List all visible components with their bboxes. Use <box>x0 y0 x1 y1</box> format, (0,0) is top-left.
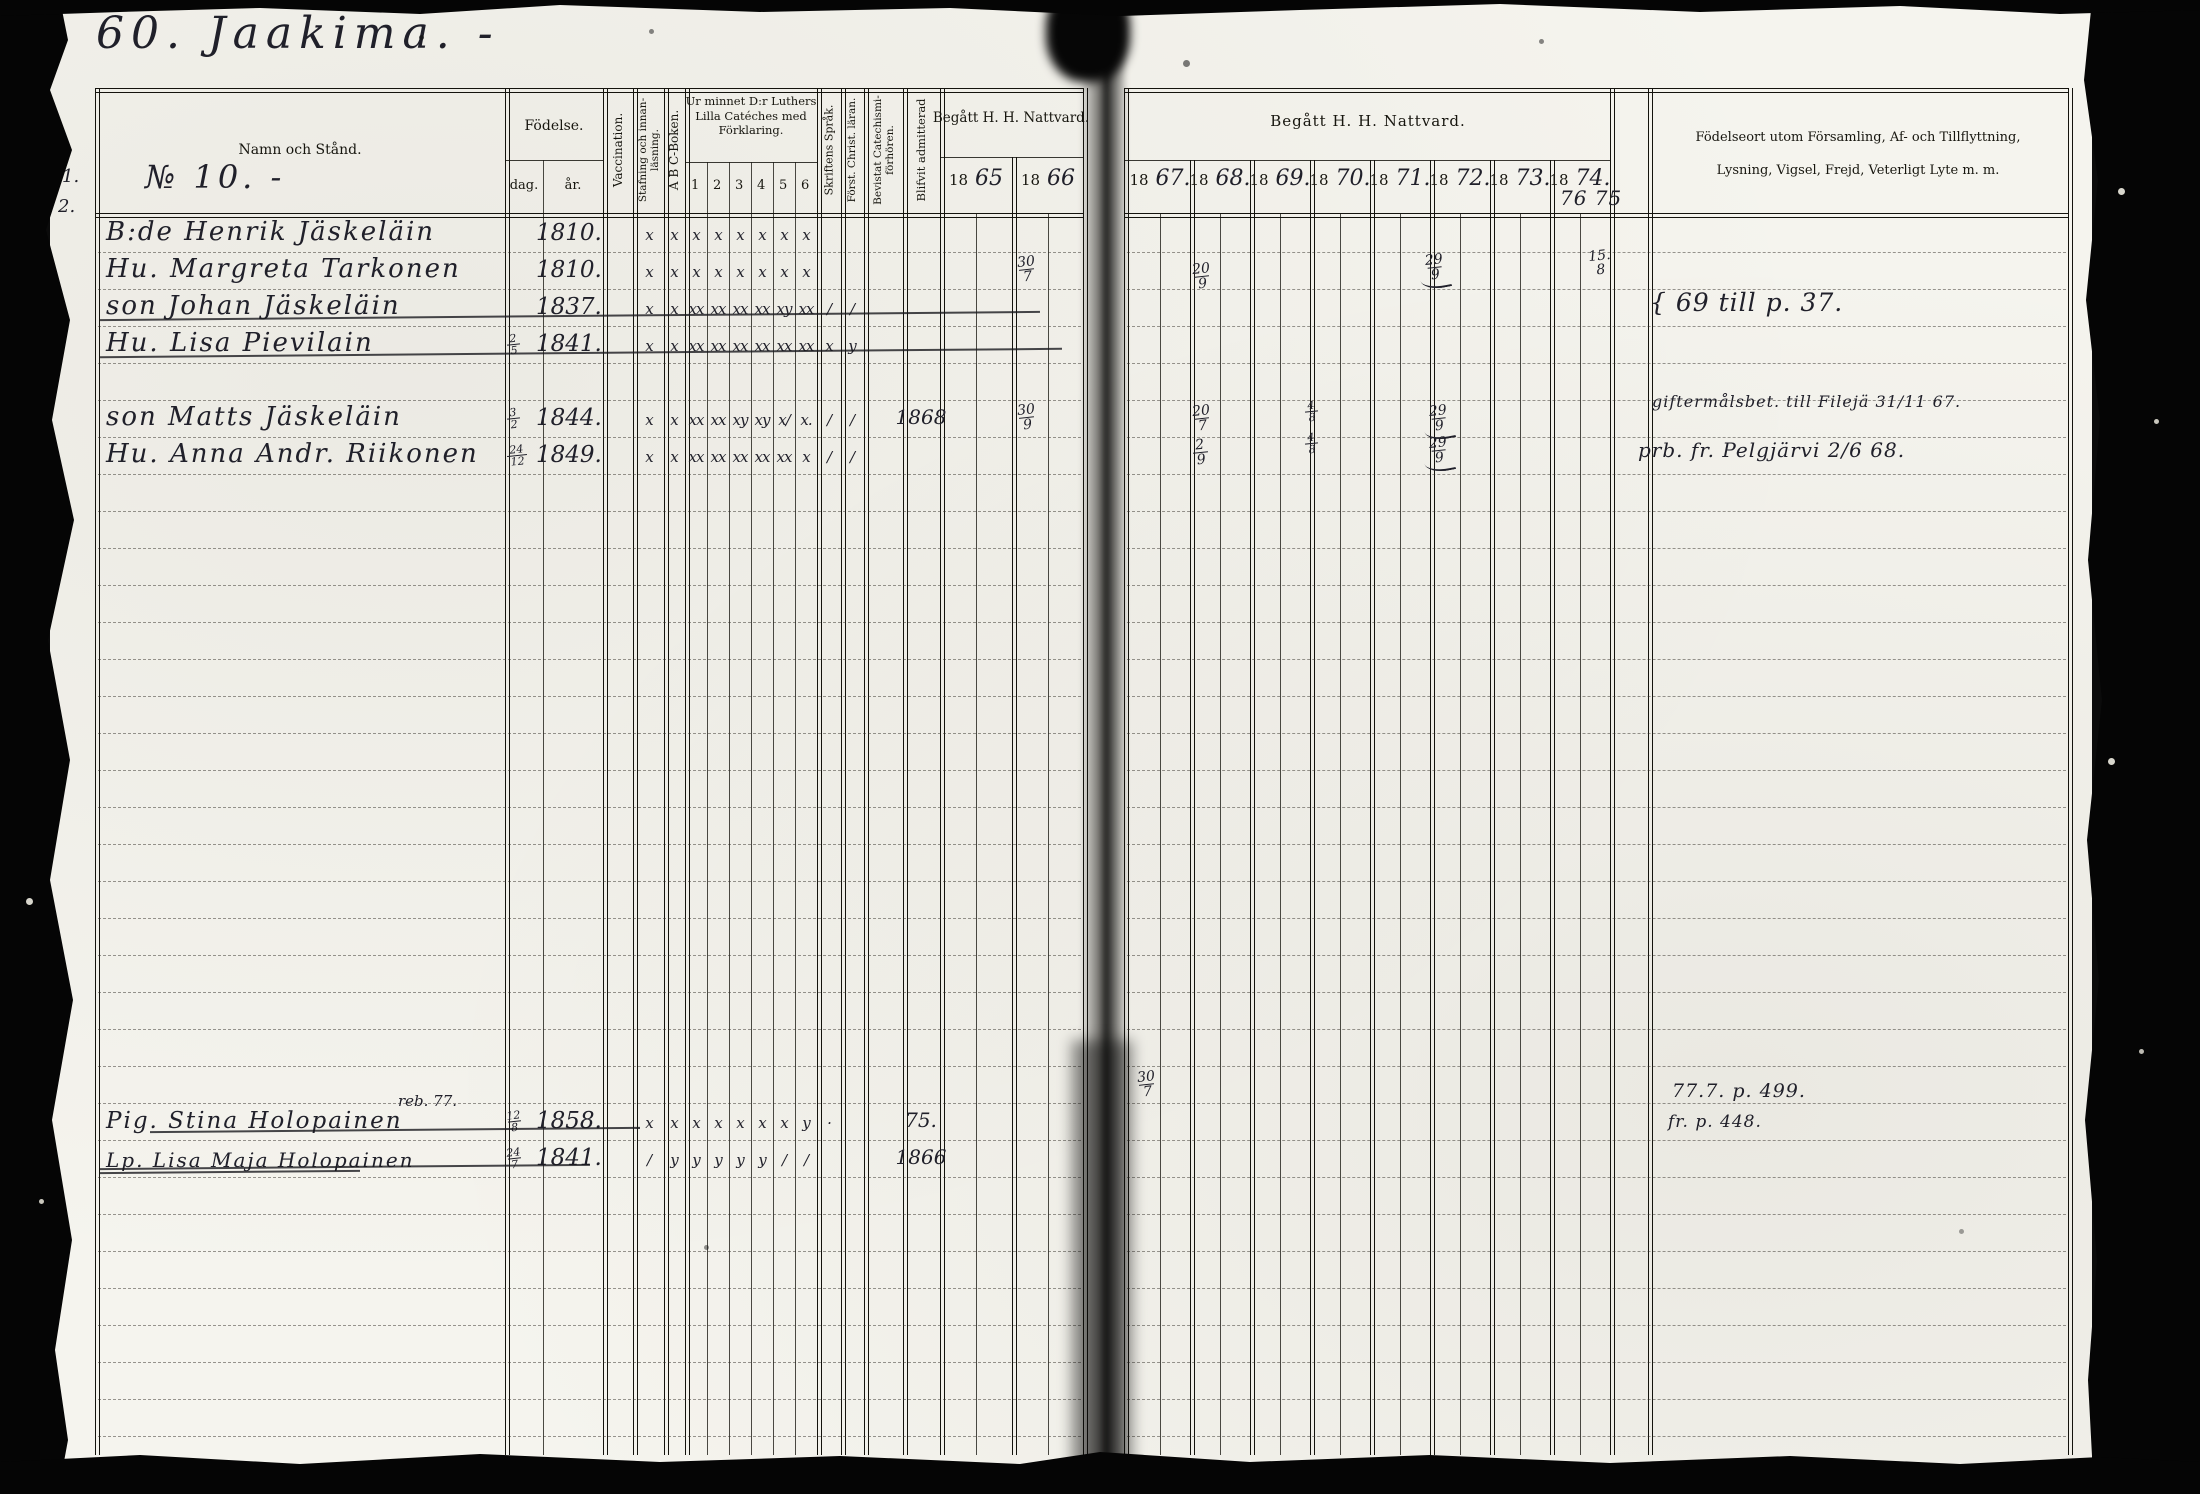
mark-x: / <box>840 448 864 466</box>
ruled-line <box>1127 1325 2066 1326</box>
admitted-year: 75. <box>891 1108 951 1132</box>
communion-date-fraction: 299 <box>1422 435 1456 474</box>
year-label: 18 65 <box>944 166 1008 191</box>
ruled-line <box>1127 733 2066 734</box>
ruled-line <box>1127 437 2066 438</box>
year-label: 18 72. <box>1428 166 1492 191</box>
note-entry: 77.7. p. 499. <box>1672 1080 1806 1102</box>
mark-x: x <box>772 226 796 244</box>
ruled-line <box>98 622 1081 623</box>
note-entry: fr. p. 448. <box>1668 1112 1762 1132</box>
ruled-line <box>98 1325 1081 1326</box>
communion-date-fraction: 209 <box>1192 261 1213 292</box>
name-entry: Hu. Anna Andr. Riikonen <box>106 439 479 469</box>
year-label: 18 66 <box>1016 166 1080 191</box>
year-digits-handwritten: 73. <box>1509 166 1551 191</box>
table-rule-vertical <box>505 88 510 1455</box>
mark-x: x/ <box>772 411 796 429</box>
ruled-line <box>98 881 1081 882</box>
table-rule-vertical <box>903 88 908 1455</box>
mark-x: xx <box>794 337 818 355</box>
table-rule-horizontal <box>1124 213 2068 218</box>
communion-date-fraction: 307 <box>1137 1069 1158 1100</box>
table-rule-vertical <box>2068 88 2073 1455</box>
communion-date-fraction: 29 <box>1192 437 1210 467</box>
ruled-line <box>1127 1214 2066 1215</box>
mark-x: x <box>662 1114 686 1132</box>
ruled-line <box>98 363 1081 364</box>
year-label: 18 67. <box>1128 166 1192 191</box>
mark-x: xx <box>750 448 774 466</box>
mark-x: / <box>637 1151 661 1169</box>
birth-year: 1810. <box>536 220 602 246</box>
ruled-line <box>1127 511 2066 512</box>
year-prefix-printed: 18 <box>1369 171 1388 189</box>
table-rule-vertical <box>664 88 669 1455</box>
ruled-line <box>1127 289 2066 290</box>
ruled-line <box>98 326 1081 327</box>
mark-x: y <box>662 1151 686 1169</box>
communion-date-fraction: 307 <box>1017 254 1038 285</box>
ruled-line <box>1127 1251 2066 1252</box>
ruled-line <box>1127 1029 2066 1030</box>
mark-x: x <box>662 411 686 429</box>
communion-date-fraction: 247 <box>506 1146 522 1170</box>
year-label: 18 71. <box>1368 166 1432 191</box>
mark-x: / <box>772 1151 796 1169</box>
mark-x: x <box>662 226 686 244</box>
mark-x: x <box>794 448 818 466</box>
ruled-line <box>1127 1362 2066 1363</box>
row-sidenote: reb. 77. <box>398 1092 457 1110</box>
ruled-line <box>1127 918 2066 919</box>
mark-x: x <box>684 263 708 281</box>
mark-x: x <box>728 226 752 244</box>
table-rule-vertical <box>685 88 690 1455</box>
note-entry: { 69 till p. 37. <box>1650 288 1843 317</box>
ruled-line <box>98 1288 1081 1289</box>
ruled-line <box>98 992 1081 993</box>
mark-x: / <box>840 300 864 318</box>
name-entry: son Matts Jäskeläin <box>106 402 402 432</box>
communion-date-fraction: 15.8 <box>1588 248 1613 278</box>
table-rule-vertical <box>841 88 846 1455</box>
ruled-line <box>98 844 1081 845</box>
year-digits-handwritten: 72. <box>1449 166 1491 191</box>
ruled-line <box>98 437 1081 438</box>
communion-date-fraction: 207 <box>1192 403 1213 434</box>
year-prefix-printed: 18 <box>949 171 968 189</box>
mark-x: y <box>706 1151 730 1169</box>
ruled-line <box>1127 585 2066 586</box>
year-prefix-printed: 18 <box>1021 171 1040 189</box>
ruled-line <box>1127 807 2066 808</box>
mark-x: xx <box>728 448 752 466</box>
communion-date-fraction: 2412 <box>506 443 528 468</box>
ruled-line <box>98 252 1081 253</box>
ruled-line <box>98 1177 1081 1178</box>
year-prefix-printed: 18 <box>1309 171 1328 189</box>
mark-x: x <box>706 1114 730 1132</box>
table-rule-vertical <box>864 88 869 1455</box>
mark-x: x <box>750 226 774 244</box>
year-prefix-printed: 18 <box>1429 171 1448 189</box>
mark-x: x <box>637 448 661 466</box>
note-entry: giftermålsbet. till Filejä 31/11 67. <box>1652 392 1961 411</box>
year-digits-handwritten: 68. <box>1209 166 1251 191</box>
ruled-line <box>98 1029 1081 1030</box>
mark-x: y <box>840 337 864 355</box>
ruled-line <box>1127 1177 2066 1178</box>
mark-x: / <box>817 300 841 318</box>
mark-x: x <box>662 263 686 281</box>
margin-number: 2. <box>58 196 75 217</box>
mark-x: x <box>706 263 730 281</box>
year-label: 18 69. <box>1248 166 1312 191</box>
ruled-line <box>1127 1288 2066 1289</box>
mark-x: x <box>637 1114 661 1132</box>
year-label: 18 68. <box>1188 166 1252 191</box>
year-label: 18 70. <box>1308 166 1372 191</box>
table-rule-vertical <box>633 88 638 1455</box>
ruled-line <box>98 1362 1081 1363</box>
mark-x: x <box>750 1114 774 1132</box>
admitted-year: 1866 <box>891 1145 951 1169</box>
year-digits-handwritten: 67. <box>1149 166 1191 191</box>
mark-x: xy <box>728 411 752 429</box>
mark-x: x <box>750 263 774 281</box>
mark-x: x <box>794 226 818 244</box>
ruled-line <box>1127 696 2066 697</box>
communion-date-fraction: 48 <box>1304 399 1319 423</box>
birth-year: 1849. <box>536 442 602 468</box>
mark-x: y <box>750 1151 774 1169</box>
note-entry: 76 75 <box>1560 186 1622 210</box>
mark-x: / <box>794 1151 818 1169</box>
mark-x: y <box>728 1151 752 1169</box>
admitted-year: 1868 <box>891 405 951 429</box>
mark-x: / <box>840 411 864 429</box>
ruled-line <box>1127 1399 2066 1400</box>
mark-x: y <box>684 1151 708 1169</box>
ruled-line <box>1127 955 2066 956</box>
ruled-line <box>98 733 1081 734</box>
year-digits-handwritten: 70. <box>1329 166 1371 191</box>
mark-x: x <box>817 337 841 355</box>
mark-x: xx <box>684 411 708 429</box>
ruled-line <box>98 585 1081 586</box>
ruled-line <box>1127 1140 2066 1141</box>
ruled-line <box>1127 1066 2066 1067</box>
mark-x: x <box>728 263 752 281</box>
catechesis-number: 4 <box>757 178 765 193</box>
table-rule-vertical <box>817 88 822 1455</box>
mark-x: xx <box>684 448 708 466</box>
year-label: 18 73. <box>1488 166 1552 191</box>
ruled-line <box>98 1251 1081 1252</box>
table-rule-vertical <box>795 162 796 1455</box>
year-prefix-printed: 18 <box>1189 171 1208 189</box>
mark-x: x <box>706 226 730 244</box>
year-digits-handwritten: 65 <box>968 166 1003 191</box>
communion-date-fraction: 309 <box>1017 402 1038 433</box>
catechesis-number: 1 <box>691 178 699 193</box>
ruled-line <box>98 770 1081 771</box>
mark-x: x <box>684 1114 708 1132</box>
ruled-line <box>98 511 1081 512</box>
table-rule-vertical <box>1012 157 1017 1455</box>
book-spine-bottom-shadow <box>1072 1040 1132 1470</box>
ruled-line <box>98 1140 1081 1141</box>
mark-x: / <box>817 448 841 466</box>
ruled-line <box>1127 770 2066 771</box>
table-rule-vertical <box>729 162 730 1455</box>
catechesis-number: 3 <box>735 178 743 193</box>
ruled-line <box>98 807 1081 808</box>
ruled-line <box>98 1399 1081 1400</box>
ruled-line <box>1127 881 2066 882</box>
mark-x: x <box>794 263 818 281</box>
mark-x: xx <box>706 448 730 466</box>
table-rule-vertical <box>95 88 100 1455</box>
ruled-line <box>1127 844 2066 845</box>
scan-right-edge <box>2082 0 2200 1494</box>
ruled-line <box>98 548 1081 549</box>
ruled-line <box>98 1214 1081 1215</box>
mark-x: x. <box>794 411 818 429</box>
ruled-line <box>98 918 1081 919</box>
ruled-line <box>98 659 1081 660</box>
table-rule-vertical <box>603 88 608 1455</box>
name-entry: Hu. Margreta Tarkonen <box>106 254 461 284</box>
catechesis-number: 2 <box>713 178 721 193</box>
ruled-line <box>98 1436 1081 1437</box>
communion-date-fraction: 128 <box>506 1109 522 1133</box>
mark-x: xx <box>794 300 818 318</box>
communion-date-fraction: 48 <box>1304 431 1319 455</box>
ruled-line <box>98 289 1081 290</box>
mark-x: x <box>662 448 686 466</box>
communion-date-fraction: 32 <box>506 406 521 430</box>
year-prefix-printed: 18 <box>1489 171 1508 189</box>
mark-x: / <box>817 411 841 429</box>
ruled-line <box>1127 474 2066 475</box>
mark-x: xy <box>772 300 796 318</box>
ruled-line <box>1127 1103 2066 1104</box>
ruled-line <box>98 955 1081 956</box>
ruled-line <box>98 474 1081 475</box>
name-entry: B:de Henrik Jäskeläin <box>106 217 435 247</box>
ruled-line <box>98 1103 1081 1104</box>
table-rule-vertical <box>707 162 708 1455</box>
ruled-line <box>1127 1436 2066 1437</box>
ruled-line <box>98 1066 1081 1067</box>
mark-x: xx <box>706 411 730 429</box>
mark-x: xx <box>772 448 796 466</box>
mark-x: x <box>637 226 661 244</box>
church-record-book-scan: 60. Jaakima. - Namn och Stånd. № 10. - F… <box>0 0 2200 1494</box>
table-rule-vertical <box>751 162 752 1455</box>
mark-x: · <box>817 1114 841 1132</box>
mark-x: x <box>684 226 708 244</box>
ruled-line <box>98 696 1081 697</box>
ruled-line <box>1127 548 2066 549</box>
communion-date-fraction: 299 <box>1418 252 1452 291</box>
mark-x: x <box>772 263 796 281</box>
birth-year: 1841. <box>536 1145 602 1171</box>
birth-year: 1858. <box>536 1108 602 1134</box>
table-rule-horizontal <box>505 160 603 161</box>
year-prefix-printed: 18 <box>1129 171 1148 189</box>
table-rule-horizontal <box>1124 160 1610 161</box>
ruled-line <box>1127 363 2066 364</box>
mark-x: x <box>637 263 661 281</box>
year-prefix-printed: 18 <box>1249 171 1268 189</box>
mark-x: y <box>794 1114 818 1132</box>
ruled-line <box>1127 622 2066 623</box>
catechesis-number: 5 <box>779 178 787 193</box>
catechesis-number: 6 <box>801 178 809 193</box>
note-entry: prb. fr. Pelgjärvi 2/6 68. <box>1638 438 1905 462</box>
mark-x: xy <box>750 411 774 429</box>
table-rule-horizontal <box>1124 88 2068 93</box>
table-rule-horizontal <box>95 88 1083 93</box>
table-rule-vertical <box>940 88 945 1455</box>
ink-specks-dark <box>0 0 3 3</box>
table-rule-vertical <box>1610 88 1615 1455</box>
mark-x: x <box>637 411 661 429</box>
birth-year: 1844. <box>536 405 602 431</box>
mark-x: x <box>728 1114 752 1132</box>
ruled-line <box>98 400 1081 401</box>
mark-x: x <box>772 1114 796 1132</box>
ruled-line <box>1127 326 2066 327</box>
year-digits-handwritten: 69. <box>1269 166 1311 191</box>
ruled-line <box>1127 659 2066 660</box>
birth-year: 1810. <box>536 257 602 283</box>
table-rule-vertical <box>773 162 774 1455</box>
year-digits-handwritten: 66 <box>1040 166 1075 191</box>
year-digits-handwritten: 71. <box>1389 166 1431 191</box>
ruled-line <box>1127 992 2066 993</box>
